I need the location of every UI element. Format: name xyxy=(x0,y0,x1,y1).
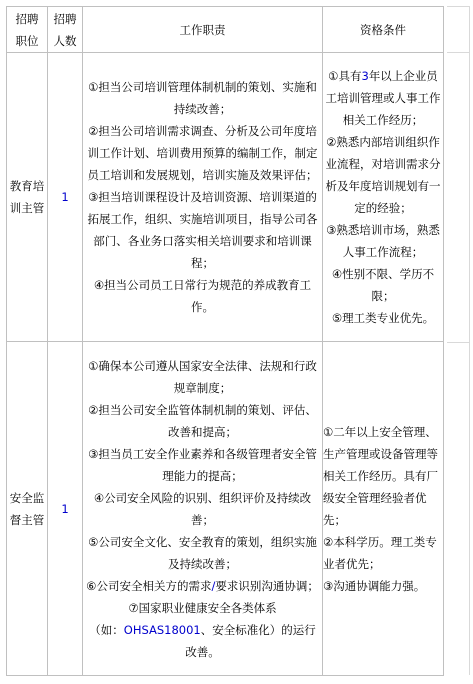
cell-paragraph: ①具有3年以上企业员 工培训管理或人事工作 相关工作经历； xyxy=(323,65,443,131)
cell-paragraph: ①二年以上安全管理、 生产管理或设备管理等 相关工作经历。具有厂 级安全管理经验… xyxy=(323,421,443,531)
gridline-vertical-right xyxy=(469,6,470,675)
cell-paragraph: ③担当培训课程设计及培训资源、培训渠道的 拓展工作，组织、实施培训项目，指导公司… xyxy=(83,186,322,274)
cell-paragraph: ③熟悉培训市场，熟悉 人事工作流程； xyxy=(323,219,443,263)
cell-paragraph: ②本科学历。理工类专 业者优先； xyxy=(323,531,443,575)
cell-paragraph: ①确保本公司遵从国家安全法律、法规和行政 规章制度； xyxy=(83,355,322,399)
cell-paragraph: ③沟通协调能力强。 xyxy=(323,575,443,597)
headcount-cell[interactable]: 1 xyxy=(48,53,83,342)
gridline-extension-top xyxy=(447,6,470,7)
cell-paragraph: ④担当公司员工日常行为规范的养成教育工 作。 xyxy=(83,274,322,318)
header-cell-position[interactable]: 招聘 职位 xyxy=(7,7,48,53)
duties-cell[interactable]: ①担当公司培训管理体制机制的策划、实施和 持续改善；②担当公司培训需求调查、分析… xyxy=(83,53,323,342)
recruitment-table: 招聘 职位 招聘 人数 工作职责 资格条件 教育培 训主管 1 ①担当公司培训管… xyxy=(6,6,444,676)
headcount-cell[interactable]: 1 xyxy=(48,342,83,676)
cell-paragraph: ②担当公司培训需求调查、分析及公司年度培 训工作计划、培训费用预算的编制工作，制… xyxy=(83,120,322,186)
cell-paragraph: ②熟悉内部培训组织作 业流程，对培训需求分 析及年度培训规划有一 定的经验； xyxy=(323,131,443,219)
qualifications-cell[interactable]: ①二年以上安全管理、 生产管理或设备管理等 相关工作经历。具有厂 级安全管理经验… xyxy=(323,342,444,676)
cell-paragraph: ②担当公司安全监管体制机制的策划、评估、 改善和提高； xyxy=(83,399,322,443)
cell-paragraph: ④性别不限、学历不 限； xyxy=(323,263,443,307)
gridline-extension-header-bottom xyxy=(447,52,470,53)
header-cell-headcount[interactable]: 招聘 人数 xyxy=(48,7,83,53)
cell-paragraph: ⑦国家职业健康安全各类体系 （如：OHSAS18001、安全标准化）的运行 改善… xyxy=(83,597,322,663)
cell-paragraph: ④公司安全风险的识别、组织评价及持续改 善； xyxy=(83,487,322,531)
row-education-training-supervisor: 教育培 训主管 1 ①担当公司培训管理体制机制的策划、实施和 持续改善；②担当公… xyxy=(7,53,444,342)
cell-paragraph: ⑥公司安全相关方的需求/要求识别沟通协调； xyxy=(83,575,322,597)
cell-paragraph: ⑤理工类专业优先。 xyxy=(323,307,443,329)
position-cell[interactable]: 教育培 训主管 xyxy=(7,53,48,342)
header-cell-qualifications[interactable]: 资格条件 xyxy=(323,7,444,53)
cell-paragraph: ①担当公司培训管理体制机制的策划、实施和 持续改善； xyxy=(83,76,322,120)
cell-paragraph: ⑤公司安全文化、安全教育的策划，组织实施 及持续改善； xyxy=(83,531,322,575)
header-cell-duties[interactable]: 工作职责 xyxy=(83,7,323,53)
header-row: 招聘 职位 招聘 人数 工作职责 资格条件 xyxy=(7,7,444,53)
spreadsheet-canvas: 招聘 职位 招聘 人数 工作职责 资格条件 教育培 训主管 1 ①担当公司培训管… xyxy=(0,0,473,684)
duties-cell[interactable]: ①确保本公司遵从国家安全法律、法规和行政 规章制度；②担当公司安全监管体制机制的… xyxy=(83,342,323,676)
gridline-extension-row-divider xyxy=(447,342,470,343)
position-cell[interactable]: 安全监 督主管 xyxy=(7,342,48,676)
row-safety-supervision-supervisor: 安全监 督主管 1 ①确保本公司遵从国家安全法律、法规和行政 规章制度；②担当公… xyxy=(7,342,444,676)
cell-paragraph: ③担当员工安全作业素养和各级管理者安全管 理能力的提高； xyxy=(83,443,322,487)
qualifications-cell[interactable]: ①具有3年以上企业员 工培训管理或人事工作 相关工作经历；②熟悉内部培训组织作 … xyxy=(323,53,444,342)
